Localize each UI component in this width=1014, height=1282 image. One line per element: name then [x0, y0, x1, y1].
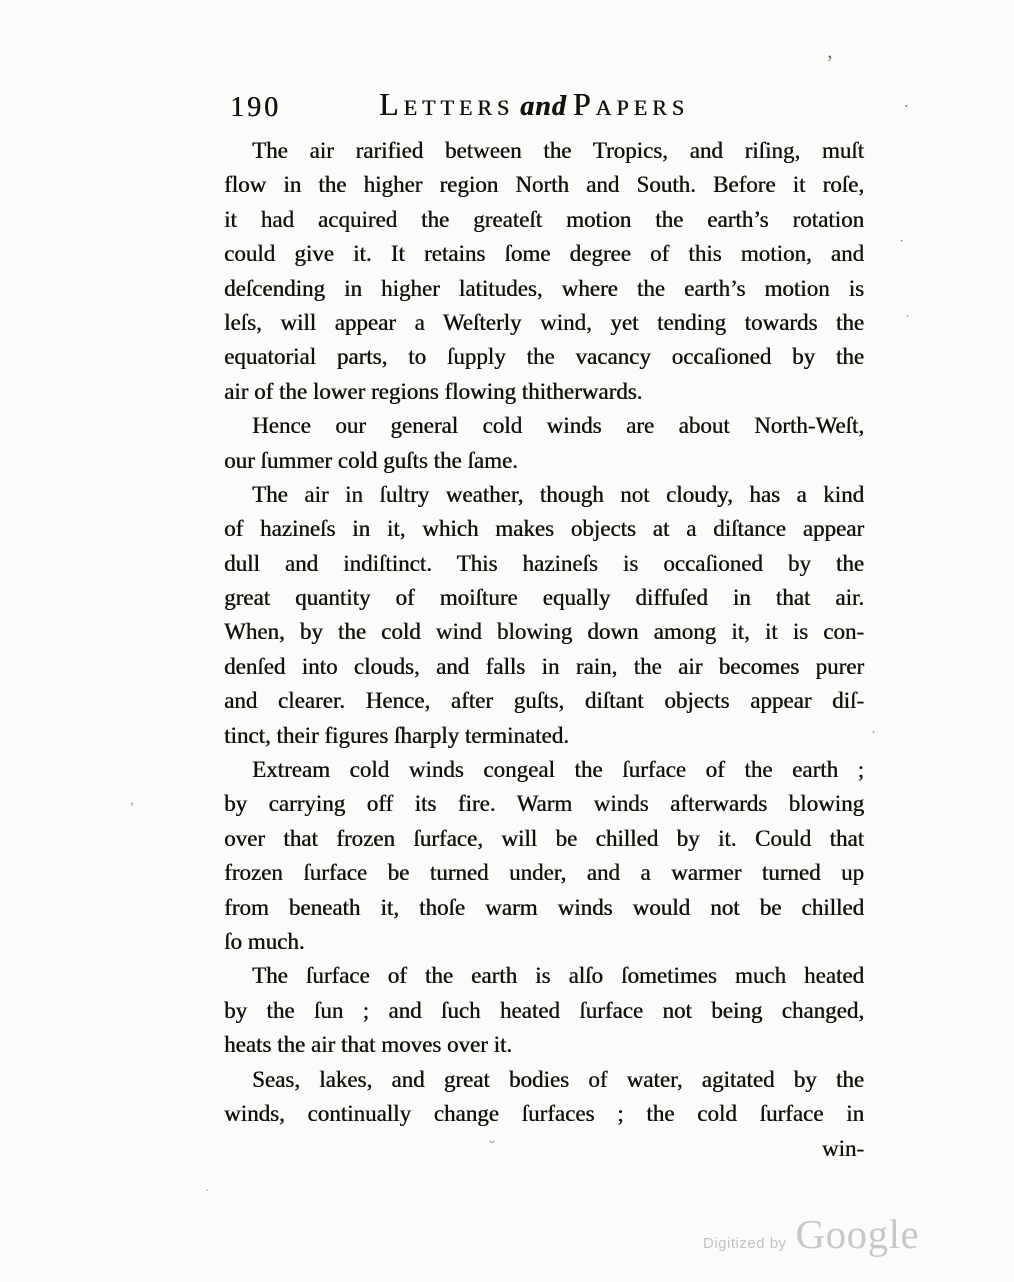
text-line: The air in ſultry weather, though not cl… — [224, 478, 864, 512]
text-line: When, by the cold wind blowing down amon… — [224, 615, 864, 649]
ink-speck: · — [205, 1185, 210, 1199]
text-line: The ſurface of the earth is alſo ſometim… — [224, 959, 864, 993]
running-head: LettersandPapers — [224, 86, 844, 123]
text-line: could give it. It retains ſome degree of… — [224, 237, 864, 271]
text-line: our ſummer cold guſts the ſame. — [224, 444, 864, 478]
text-line: equatorial parts, to ſupply the vacancy … — [224, 340, 864, 374]
text-line: deſcending in higher latitudes, where th… — [224, 272, 864, 306]
ink-speck: · — [871, 726, 876, 741]
digitization-watermark: Digitized by Google — [703, 1210, 919, 1258]
ink-speck: · — [899, 234, 904, 250]
text-line: ſo much. — [224, 925, 864, 959]
text-line: by the ſun ; and ſuch heated ſurface not… — [224, 994, 864, 1028]
running-head-papers: Papers — [573, 86, 689, 122]
ink-speck: ’ — [826, 52, 833, 74]
google-logo: Google — [796, 1210, 920, 1258]
catchword-text: win- — [822, 1136, 864, 1161]
text-line: great quantity of moiſture equally diffu… — [224, 581, 864, 615]
text-line: from beneath it, thoſe warm winds would … — [224, 891, 864, 925]
text-line: winds, continually change ſurfaces ; the… — [224, 1097, 864, 1131]
text-line: Seas, lakes, and great bodies of water, … — [224, 1063, 864, 1097]
catchword: win- — [224, 1132, 864, 1166]
running-head-letters: Letters — [379, 86, 514, 122]
text-line: and clearer. Hence, after guſts, diſtant… — [224, 684, 864, 718]
body-text: The air rarified between the Tropics, an… — [224, 134, 864, 1131]
text-line: Extream cold winds congeal the ſurface o… — [224, 753, 864, 787]
ink-speck: , — [130, 792, 134, 808]
text-line: tinct, their figures ſharply terminated. — [224, 719, 864, 753]
text-line: of hazineſs in it, which makes objects a… — [224, 512, 864, 546]
text-line: The air rarified between the Tropics, an… — [224, 134, 864, 168]
scanned-book-page: 190 LettersandPapers The air rarified be… — [0, 0, 1014, 1282]
text-line: over that frozen ſurface, will be chille… — [224, 822, 864, 856]
text-line: denſed into clouds, and falls in rain, t… — [224, 650, 864, 684]
ink-speck: · — [905, 310, 910, 325]
text-line: by carrying off its fire. Warm winds aft… — [224, 787, 864, 821]
text-line: frozen ſurface be turned under, and a wa… — [224, 856, 864, 890]
text-line: heats the air that moves over it. — [224, 1028, 864, 1062]
text-line: flow in the higher region North and Sout… — [224, 168, 864, 202]
text-line: it had acquired the greateſt motion the … — [224, 203, 864, 237]
watermark-prefix: Digitized by — [703, 1235, 787, 1252]
text-line: Hence our general cold winds are about N… — [224, 409, 864, 443]
ink-speck: . — [904, 92, 909, 110]
running-head-and: and — [520, 91, 567, 122]
text-line: leſs, will appear a Weſterly wind, yet t… — [224, 306, 864, 340]
text-line: air of the lower regions flowing thither… — [224, 375, 864, 409]
text-line: dull and indiſtinct. This hazineſs is oc… — [224, 547, 864, 581]
